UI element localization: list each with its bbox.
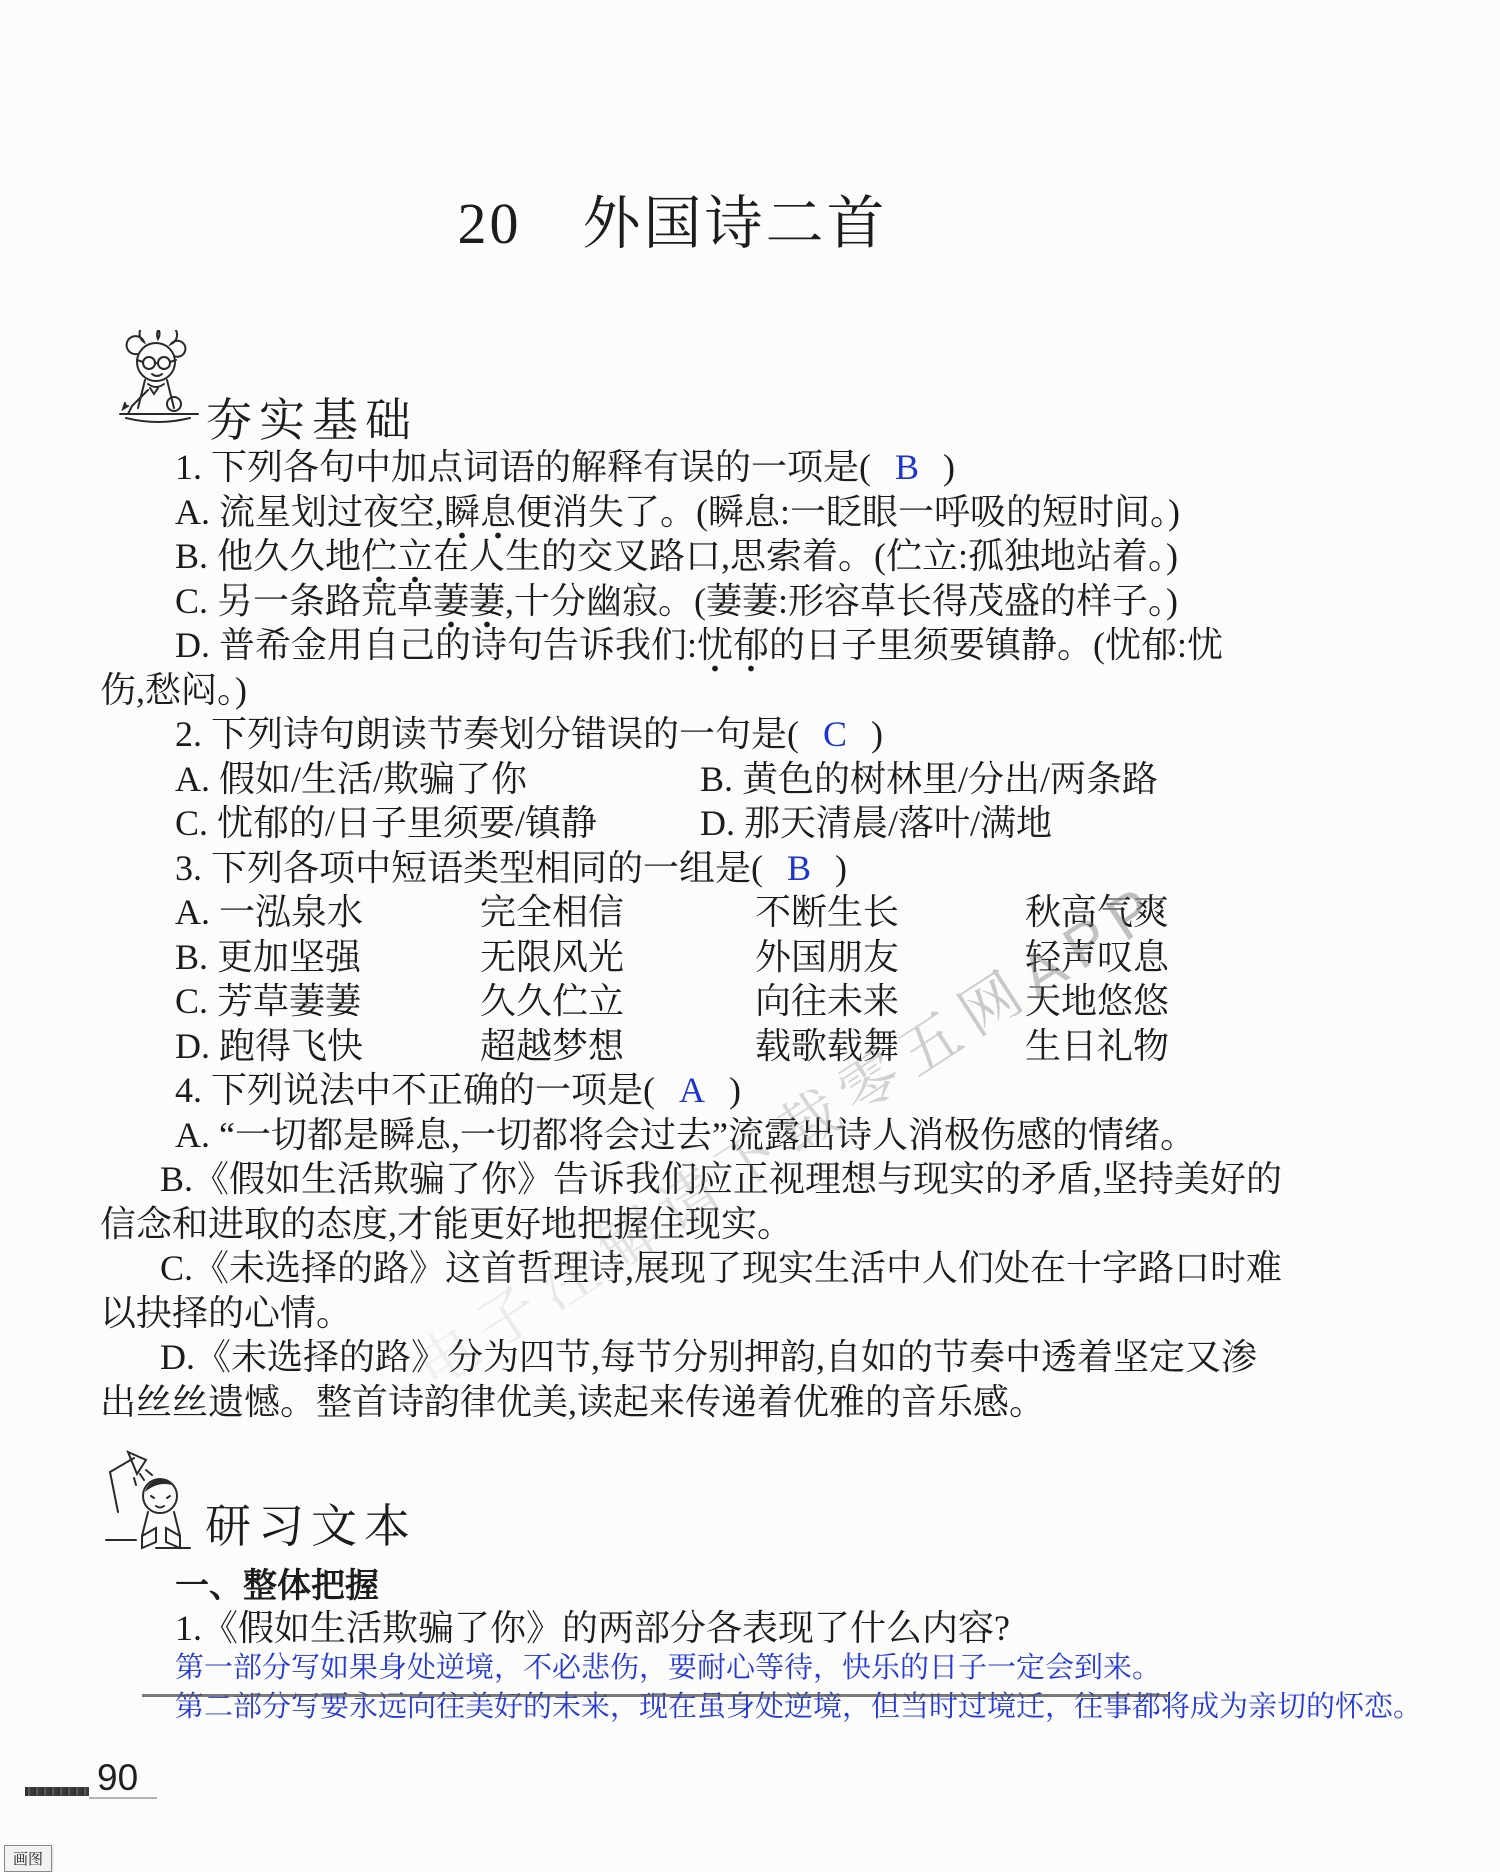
- workbook-page: 20 外国诗二首 夯实基础 1. 下列各句中加点词语的解释有误的一项是(B) A…: [0, 0, 1500, 1872]
- q3-option-a-row: A. 一泓泉水 完全相信 不断生长 秋高气爽: [100, 890, 1430, 935]
- teacher-writing-icon: [112, 330, 204, 432]
- phrase-item: B. 更加坚强: [175, 935, 480, 980]
- phrase-item: 不断生长: [755, 890, 1025, 935]
- q3-option-c-row: C. 芳草萋萋 久久伫立 向往未来 天地悠悠: [100, 979, 1430, 1024]
- q1-stem: 1. 下列各句中加点词语的解释有误的一项是(B): [100, 445, 1430, 490]
- q1-option-c: C. 另一条路荒草萋萋,十分幽寂。(萋萋:形容草长得茂盛的样子。): [100, 579, 1430, 624]
- phrase-item: 向往未来: [755, 979, 1025, 1024]
- study-answer-part2: 第二部分写要永远向往美好的未来，现在虽身处逆境，但当时过境迁，往事都将成为亲切的…: [175, 1684, 1422, 1725]
- page-title: 20 外国诗二首: [0, 176, 1345, 260]
- answer-letter: B: [895, 447, 919, 487]
- q4-option-d-cont: 出丝丝遗憾。整首诗韵律优美,读起来传递着优雅的音乐感。: [100, 1380, 1430, 1425]
- q2-options-row-2: C. 忧郁的/日子里须要/镇静 D. 那天清晨/落叶/满地: [100, 801, 1430, 846]
- section-heading-foundation: 夯实基础: [206, 384, 418, 450]
- answer-rule-line: [142, 1694, 1170, 1697]
- q2-options-row-1: A. 假如/生活/欺骗了你 B. 黄色的树林里/分出/两条路: [100, 757, 1430, 802]
- q1-option-d-cont: 伤,愁闷。): [100, 668, 1430, 713]
- q4-option-b-cont: 信念和进取的态度,才能更好地把握住现实。: [100, 1202, 1430, 1247]
- q2-option-b: B. 黄色的树林里/分出/两条路: [700, 757, 1430, 802]
- phrase-item: 生日礼物: [1025, 1024, 1430, 1069]
- phrase-item: 天地悠悠: [1025, 979, 1430, 1024]
- phrase-item: 超越梦想: [480, 1024, 755, 1069]
- q4-stem: 4. 下列说法中不正确的一项是(A): [100, 1068, 1430, 1113]
- phrase-item: D. 跑得飞快: [175, 1024, 480, 1069]
- q2-stem: 2. 下列诗句朗读节奏划分错误的一句是(C): [100, 712, 1430, 757]
- study-answer-part1: 第一部分写如果身处逆境，不必悲伤，要耐心等待，快乐的日子一定会到来。: [175, 1645, 1161, 1686]
- phrase-item: A. 一泓泉水: [175, 890, 480, 935]
- q2-option-c: C. 忧郁的/日子里须要/镇静: [175, 801, 700, 846]
- phrase-item: 秋高气爽: [1025, 890, 1430, 935]
- foundation-exercises: 1. 下列各句中加点词语的解释有误的一项是(B) A. 流星划过夜空,瞬息便消失…: [100, 445, 1430, 1424]
- phrase-item: 载歌载舞: [755, 1024, 1025, 1069]
- q4-option-a: A. “一切都是瞬息,一切都将会过去”流露出诗人消极伤感的情绪。: [100, 1113, 1430, 1158]
- section-heading-study: 研习文本: [205, 1490, 417, 1556]
- answer-letter: A: [679, 1070, 705, 1110]
- q1-option-a: A. 流星划过夜空,瞬息便消失了。(瞬息:一眨眼一呼吸的短时间。): [100, 490, 1430, 535]
- phrase-item: 久久伫立: [480, 979, 755, 1024]
- answer-letter: B: [787, 848, 811, 888]
- paint-tool-button[interactable]: 画图: [4, 1845, 52, 1872]
- q3-option-d-row: D. 跑得飞快 超越梦想 载歌载舞 生日礼物: [100, 1024, 1430, 1069]
- q4-option-b: B.《假如生活欺骗了你》告诉我们应正视理想与现实的矛盾,坚持美好的: [100, 1157, 1430, 1202]
- phrase-item: 无限风光: [480, 935, 755, 980]
- q2-option-d: D. 那天清晨/落叶/满地: [700, 801, 1430, 846]
- phrase-item: 轻声叹息: [1025, 935, 1430, 980]
- q1-option-d: D. 普希金用自己的诗句告诉我们:忧郁的日子里须要镇静。(忧郁:忧: [100, 623, 1430, 668]
- study-question: 1.《假如生活欺骗了你》的两部分各表现了什么内容?: [175, 1600, 1010, 1651]
- phrase-item: 外国朋友: [755, 935, 1025, 980]
- q4-option-c-cont: 以抉择的心情。: [100, 1291, 1430, 1336]
- footer-ink-bar: [25, 1787, 89, 1796]
- page-number: 90: [97, 1757, 138, 1799]
- phrase-item: C. 芳草萋萋: [175, 979, 480, 1024]
- q3-option-b-row: B. 更加坚强 无限风光 外国朋友 轻声叹息: [100, 935, 1430, 980]
- q2-option-a: A. 假如/生活/欺骗了你: [175, 757, 700, 802]
- answer-letter: C: [823, 714, 847, 754]
- q3-stem: 3. 下列各项中短语类型相同的一组是(B): [100, 846, 1430, 891]
- q4-option-c: C.《未选择的路》这首哲理诗,展现了现实生活中人们处在十字路口时难: [100, 1246, 1430, 1291]
- q4-option-d: D.《未选择的路》分为四节,每节分别押韵,自如的节奏中透着坚定又渗: [100, 1335, 1430, 1380]
- q1-option-b: B. 他久久地伫立在人生的交叉路口,思索着。(伫立:孤独地站着。): [100, 534, 1430, 579]
- student-lamp-icon: [98, 1448, 198, 1556]
- phrase-item: 完全相信: [480, 890, 755, 935]
